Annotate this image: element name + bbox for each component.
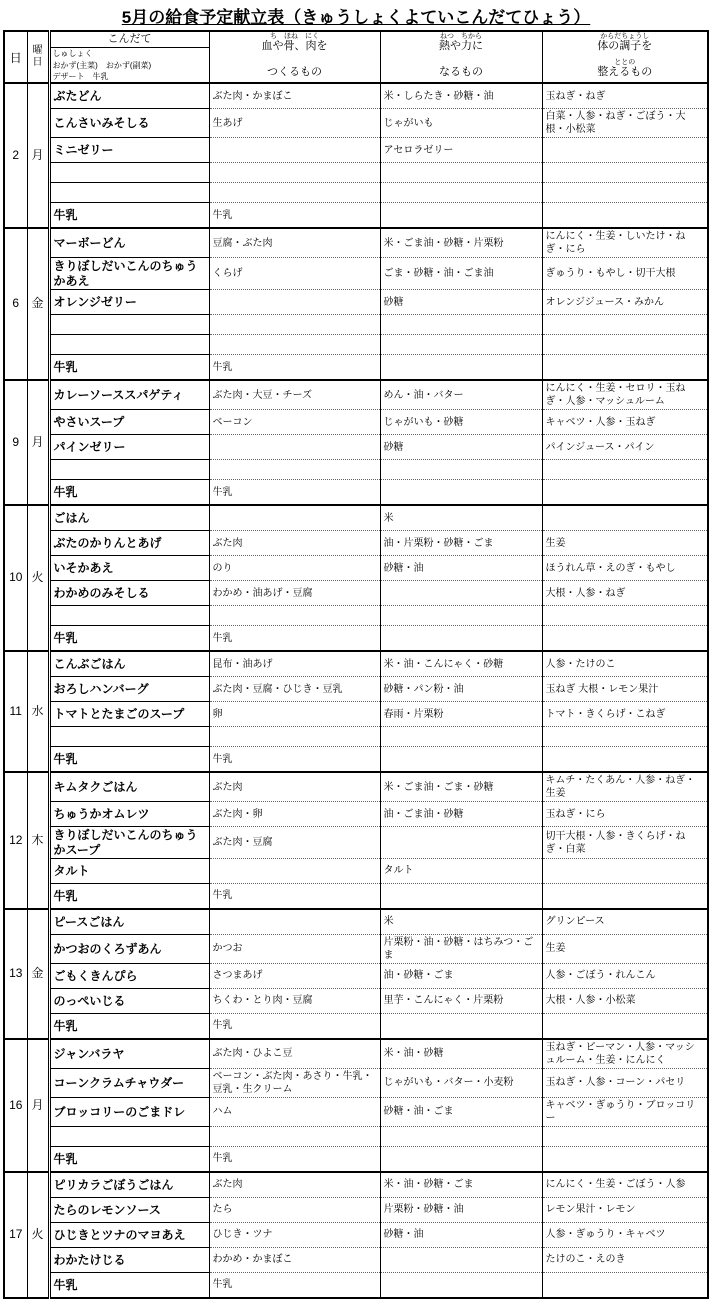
- protein-cell: たら: [209, 1197, 380, 1222]
- menu-table-body: 2月ぶたどんぶた肉・かまぼこ米・しらたき・砂糖・油玉ねぎ・ねぎこんさいみそしる生…: [4, 83, 708, 1298]
- vegetable-cell: 大根・人参・小松菜: [542, 988, 708, 1013]
- menu-cell: [49, 460, 209, 480]
- energy-cell: [380, 606, 542, 626]
- protein-cell: [209, 909, 380, 935]
- menu-row: 10火ごはん米: [4, 505, 708, 531]
- protein-cell: のり: [209, 556, 380, 581]
- menu-row: かつおのくろずあんかつお片栗粉・油・砂糖・はちみつ・ごま生姜: [4, 934, 708, 963]
- energy-cell: 米・ごま油・ごま・砂糖: [380, 772, 542, 802]
- menu-row: 牛乳牛乳: [4, 203, 708, 229]
- energy-cell: 米・ごま油・砂糖・片栗粉: [380, 228, 542, 258]
- vegetable-cell: [542, 1272, 708, 1298]
- protein-cell: 牛乳: [209, 480, 380, 506]
- vegetable-cell: キャベツ・ぎゅうり・ブロッコリー: [542, 1097, 708, 1126]
- vegetable-cell: [542, 355, 708, 381]
- vegetable-cell: 人参・ごぼう・れんこん: [542, 963, 708, 988]
- vegetable-header-line2: 整えるもの: [543, 66, 708, 79]
- energy-cell: [380, 355, 542, 381]
- menu-cell: ごはん: [49, 505, 209, 531]
- energy-cell: 米: [380, 505, 542, 531]
- energy-cell: [380, 335, 542, 355]
- protein-cell: [209, 606, 380, 626]
- menu-cell: 牛乳: [49, 747, 209, 773]
- vegetable-cell: [542, 315, 708, 335]
- energy-cell: 米・油・砂糖・ごま: [380, 1172, 542, 1198]
- header-row: 日 曜 日 こんだて しゅしょく おかず(主菜) おかず(副菜) デザート 牛乳…: [4, 31, 708, 83]
- weekday-cell: 金: [27, 909, 49, 1039]
- energy-cell: 砂糖: [380, 435, 542, 460]
- menu-cell: たらのレモンソース: [49, 1197, 209, 1222]
- menu-row: トマトとたまごのスープ卵春雨・片栗粉トマト・きくらげ・こねぎ: [4, 702, 708, 727]
- menu-row: わかめのみそしるわかめ・油あげ・豆腐大根・人参・ねぎ: [4, 581, 708, 606]
- vegetable-cell: 玉ねぎ・にら: [542, 802, 708, 827]
- menu-row: たらのレモンソースたら片栗粉・砂糖・油レモン果汁・レモン: [4, 1197, 708, 1222]
- vegetable-cell: キムチ・たくあん・人参・ねぎ・生姜: [542, 772, 708, 802]
- nutrition-header-vegetable: からだちょうし 体の調子を ととの 整えるもの: [542, 31, 708, 83]
- energy-cell: タルト: [380, 858, 542, 883]
- menu-row: 牛乳牛乳: [4, 355, 708, 381]
- energy-cell: [380, 883, 542, 909]
- protein-cell: [209, 290, 380, 315]
- date-cell: 2: [4, 83, 27, 228]
- protein-cell: わかめ・かまぼこ: [209, 1247, 380, 1272]
- vegetable-cell: [542, 606, 708, 626]
- protein-cell: ちくわ・とり肉・豆腐: [209, 988, 380, 1013]
- protein-cell: 牛乳: [209, 747, 380, 773]
- protein-cell: ぶた肉・卵: [209, 802, 380, 827]
- protein-cell: ぶた肉・大豆・チーズ: [209, 380, 380, 410]
- vegetable-cell: 大根・人参・ねぎ: [542, 581, 708, 606]
- energy-cell: じゃがいも・砂糖: [380, 410, 542, 435]
- energy-cell: じゃがいも・バター・小麦粉: [380, 1068, 542, 1097]
- weekday-cell: 水: [27, 651, 49, 772]
- menu-cell: [49, 1126, 209, 1146]
- energy-cell: 砂糖・油: [380, 556, 542, 581]
- menu-row: おろしハンバーグぶた肉・豆腐・ひじき・豆乳砂糖・パン粉・油玉ねぎ 大根・レモン果…: [4, 677, 708, 702]
- menu-cell: おろしハンバーグ: [49, 677, 209, 702]
- menu-row: やさいスープベーコンじゃがいも・砂糖キャベツ・人参・玉ねぎ: [4, 410, 708, 435]
- protein-cell: 昆布・油あげ: [209, 651, 380, 677]
- lunch-menu-document: 5月の給食予定献立表（きゅうしょくよていこんだてひょう） 日 曜 日 こんだて …: [0, 0, 712, 1299]
- protein-cell: 生あげ: [209, 109, 380, 138]
- spacer-row: [4, 727, 708, 747]
- menu-row: 6金マーボーどん豆腐・ぶた肉米・ごま油・砂糖・片栗粉にんにく・生姜・しいたけ・ね…: [4, 228, 708, 258]
- protein-cell: [209, 460, 380, 480]
- energy-cell: [380, 1126, 542, 1146]
- vegetable-cell: [542, 1146, 708, 1172]
- weekday-header-char-top: 曜: [28, 45, 48, 58]
- energy-cell: [380, 1272, 542, 1298]
- protein-cell: [209, 858, 380, 883]
- menu-row: 12木キムタクごはんぶた肉米・ごま油・ごま・砂糖キムチ・たくあん・人参・ねぎ・生…: [4, 772, 708, 802]
- date-cell: 9: [4, 380, 27, 505]
- menu-cell: 牛乳: [49, 1272, 209, 1298]
- energy-cell: 片栗粉・砂糖・油: [380, 1197, 542, 1222]
- energy-cell: 米・油・砂糖: [380, 1039, 542, 1069]
- menu-cell: [49, 727, 209, 747]
- vegetable-cell: [542, 138, 708, 163]
- spacer-row: [4, 315, 708, 335]
- menu-cell: マーボーどん: [49, 228, 209, 258]
- menu-header-label: こんだて: [51, 32, 209, 48]
- menu-cell: やさいスープ: [49, 410, 209, 435]
- energy-cell: 米・しらたき・砂糖・油: [380, 83, 542, 109]
- menu-row: コーンクラムチャウダーベーコン・ぶた肉・あさり・牛乳・豆乳・生クリームじゃがいも…: [4, 1068, 708, 1097]
- protein-cell: 牛乳: [209, 1146, 380, 1172]
- menu-row: ブロッコリーのごまドレハム砂糖・油・ごまキャベツ・ぎゅうり・ブロッコリー: [4, 1097, 708, 1126]
- energy-cell: [380, 827, 542, 859]
- menu-cell: いそかあえ: [49, 556, 209, 581]
- protein-cell: ベーコン: [209, 410, 380, 435]
- menu-cell: ごもくきんぴら: [49, 963, 209, 988]
- vegetable-cell: オレンジジュース・みかん: [542, 290, 708, 315]
- vegetable-cell: [542, 203, 708, 229]
- date-cell: 11: [4, 651, 27, 772]
- protein-cell: 牛乳: [209, 203, 380, 229]
- menu-row: ごもくきんぴらさつまあげ油・砂糖・ごま人参・ごぼう・れんこん: [4, 963, 708, 988]
- protein-cell: ぶた肉・豆腐: [209, 827, 380, 859]
- spacer-row: [4, 335, 708, 355]
- menu-cell: 牛乳: [49, 480, 209, 506]
- menu-cell: トマトとたまごのスープ: [49, 702, 209, 727]
- menu-cell: こんさいみそしる: [49, 109, 209, 138]
- protein-cell: 牛乳: [209, 883, 380, 909]
- menu-cell: パインゼリー: [49, 435, 209, 460]
- menu-row: いそかあえのり砂糖・油ほうれん草・えのぎ・もやし: [4, 556, 708, 581]
- vegetable-cell: にんにく・生姜・しいたけ・ねぎ・にら: [542, 228, 708, 258]
- menu-header-subline-staple: しゅしょく: [51, 48, 209, 59]
- date-cell: 16: [4, 1039, 27, 1172]
- protein-cell: ベーコン・ぶた肉・あさり・牛乳・豆乳・生クリーム: [209, 1068, 380, 1097]
- menu-row: 16月ジャンバラヤぶた肉・ひよこ豆米・油・砂糖玉ねぎ・ピーマン・人参・マッシュル…: [4, 1039, 708, 1069]
- spacer-row: [4, 163, 708, 183]
- menu-cell: ひじきとツナのマヨあえ: [49, 1222, 209, 1247]
- menu-cell: 牛乳: [49, 883, 209, 909]
- vegetable-cell: にんにく・生姜・ごぼう・人参: [542, 1172, 708, 1198]
- vegetable-cell: 玉ねぎ・ピーマン・人参・マッシュルーム・生姜・にんにく: [542, 1039, 708, 1069]
- vegetable-cell: レモン果汁・レモン: [542, 1197, 708, 1222]
- vegetable-cell: 生姜: [542, 934, 708, 963]
- vegetable-cell: [542, 1126, 708, 1146]
- vegetable-cell: 玉ねぎ 大根・レモン果汁: [542, 677, 708, 702]
- menu-cell: ジャンバラヤ: [49, 1039, 209, 1069]
- vegetable-cell: [542, 480, 708, 506]
- energy-cell: 米・油・こんにゃく・砂糖: [380, 651, 542, 677]
- vegetable-cell: 玉ねぎ・ねぎ: [542, 83, 708, 109]
- menu-cell: 牛乳: [49, 1013, 209, 1039]
- menu-row: 牛乳牛乳: [4, 626, 708, 652]
- energy-cell: アセロラゼリー: [380, 138, 542, 163]
- menu-cell: コーンクラムチャウダー: [49, 1068, 209, 1097]
- menu-cell: かつおのくろずあん: [49, 934, 209, 963]
- menu-cell: タルト: [49, 858, 209, 883]
- date-cell: 6: [4, 228, 27, 380]
- energy-cell: めん・油・バター: [380, 380, 542, 410]
- protein-cell: わかめ・油あげ・豆腐: [209, 581, 380, 606]
- menu-row: 牛乳牛乳: [4, 883, 708, 909]
- protein-cell: [209, 315, 380, 335]
- vegetable-header-line1: 体の調子を: [543, 40, 708, 53]
- vegetable-cell: ほうれん草・えのぎ・もやし: [542, 556, 708, 581]
- protein-header-line1: 血や骨、肉を: [210, 40, 380, 53]
- weekday-cell: 木: [27, 772, 49, 909]
- energy-cell: [380, 480, 542, 506]
- vegetable-cell: グリンピース: [542, 909, 708, 935]
- weekday-cell: 金: [27, 228, 49, 380]
- menu-row: 牛乳牛乳: [4, 1146, 708, 1172]
- menu-row: ちゅうかオムレツぶた肉・卵油・ごま油・砂糖玉ねぎ・にら: [4, 802, 708, 827]
- menu-row: 17火ピリカラごぼうごはんぶた肉米・油・砂糖・ごまにんにく・生姜・ごぼう・人参: [4, 1172, 708, 1198]
- menu-cell: カレーソーススパゲティ: [49, 380, 209, 410]
- menu-cell: ブロッコリーのごまドレ: [49, 1097, 209, 1126]
- menu-row: ぶたのかりんとあげぶた肉油・片栗粉・砂糖・ごま生姜: [4, 531, 708, 556]
- energy-cell: 米: [380, 909, 542, 935]
- protein-cell: ぶた肉・ひよこ豆: [209, 1039, 380, 1069]
- vegetable-cell: [542, 747, 708, 773]
- protein-cell: ひじき・ツナ: [209, 1222, 380, 1247]
- protein-cell: さつまあげ: [209, 963, 380, 988]
- protein-cell: ぶた肉: [209, 772, 380, 802]
- energy-cell: [380, 460, 542, 480]
- weekday-header-char-bottom: 日: [28, 57, 48, 70]
- menu-row: 牛乳牛乳: [4, 1272, 708, 1298]
- vegetable-cell: キャベツ・人参・玉ねぎ: [542, 410, 708, 435]
- menu-cell: わかたけじる: [49, 1247, 209, 1272]
- energy-cell: じゃがいも: [380, 109, 542, 138]
- energy-cell: 砂糖・パン粉・油: [380, 677, 542, 702]
- protein-cell: かつお: [209, 934, 380, 963]
- protein-cell: 豆腐・ぶた肉: [209, 228, 380, 258]
- menu-cell: 牛乳: [49, 626, 209, 652]
- page-title: 5月の給食予定献立表（きゅうしょくよていこんだてひょう）: [0, 0, 712, 30]
- protein-cell: [209, 505, 380, 531]
- menu-cell: わかめのみそしる: [49, 581, 209, 606]
- vegetable-cell: [542, 883, 708, 909]
- vegetable-cell: にんにく・生姜・セロリ・玉ねぎ・人参・マッシュルーム: [542, 380, 708, 410]
- energy-cell: 片栗粉・油・砂糖・はちみつ・ごま: [380, 934, 542, 963]
- protein-cell: ぶた肉: [209, 531, 380, 556]
- energy-cell: 砂糖・油: [380, 1222, 542, 1247]
- menu-cell: [49, 335, 209, 355]
- menu-row: のっぺいじるちくわ・とり肉・豆腐里芋・こんにゃく・片栗粉大根・人参・小松菜: [4, 988, 708, 1013]
- menu-row: タルトタルト: [4, 858, 708, 883]
- energy-cell: [380, 203, 542, 229]
- spacer-row: [4, 606, 708, 626]
- vegetable-cell: [542, 183, 708, 203]
- energy-cell: 油・砂糖・ごま: [380, 963, 542, 988]
- weekday-cell: 月: [27, 380, 49, 505]
- vegetable-cell: 生姜: [542, 531, 708, 556]
- vegetable-cell: [542, 460, 708, 480]
- menu-row: 牛乳牛乳: [4, 480, 708, 506]
- vegetable-cell: 切干大根・人参・きくらげ・ねぎ・白菜: [542, 827, 708, 859]
- energy-cell: [380, 626, 542, 652]
- energy-cell: ごま・砂糖・油・ごま油: [380, 258, 542, 290]
- vegetable-cell: パインジュース・パイン: [542, 435, 708, 460]
- protein-cell: 卵: [209, 702, 380, 727]
- menu-row: 9月カレーソーススパゲティぶた肉・大豆・チーズめん・油・バターにんにく・生姜・セ…: [4, 380, 708, 410]
- menu-cell: こんぶごはん: [49, 651, 209, 677]
- protein-cell: [209, 163, 380, 183]
- protein-cell: [209, 183, 380, 203]
- menu-cell: ぶたのかりんとあげ: [49, 531, 209, 556]
- menu-cell: [49, 163, 209, 183]
- energy-cell: [380, 183, 542, 203]
- menu-cell: キムタクごはん: [49, 772, 209, 802]
- spacer-row: [4, 460, 708, 480]
- menu-table: 日 曜 日 こんだて しゅしょく おかず(主菜) おかず(副菜) デザート 牛乳…: [3, 30, 709, 1299]
- energy-cell: 春雨・片栗粉: [380, 702, 542, 727]
- protein-cell: 牛乳: [209, 355, 380, 381]
- day-column-header: 日: [4, 31, 27, 83]
- vegetable-cell: 玉ねぎ・人参・コーン・パセリ: [542, 1068, 708, 1097]
- protein-cell: [209, 1126, 380, 1146]
- menu-row: オレンジゼリー砂糖オレンジジュース・みかん: [4, 290, 708, 315]
- spacer-row: [4, 183, 708, 203]
- protein-header-line2: つくるもの: [210, 66, 380, 79]
- protein-cell: [209, 335, 380, 355]
- weekday-cell: 火: [27, 1172, 49, 1298]
- date-cell: 13: [4, 909, 27, 1039]
- spacer-row: [4, 1126, 708, 1146]
- menu-cell: きりぼしだいこんのちゅうかスープ: [49, 827, 209, 859]
- menu-cell: ちゅうかオムレツ: [49, 802, 209, 827]
- menu-cell: 牛乳: [49, 203, 209, 229]
- protein-cell: [209, 138, 380, 163]
- date-cell: 10: [4, 505, 27, 651]
- menu-cell: ピリカラごぼうごはん: [49, 1172, 209, 1198]
- menu-cell: [49, 183, 209, 203]
- menu-row: 11水こんぶごはん昆布・油あげ米・油・こんにゃく・砂糖人参・たけのこ: [4, 651, 708, 677]
- vegetable-cell: ぎゅうり・もやし・切干大根: [542, 258, 708, 290]
- vegetable-cell: [542, 858, 708, 883]
- energy-cell: 油・片栗粉・砂糖・ごま: [380, 531, 542, 556]
- nutrition-header-energy: ねつ ちから 熱や力に なるもの: [380, 31, 542, 83]
- protein-cell: くらげ: [209, 258, 380, 290]
- menu-row: ミニゼリーアセロラゼリー: [4, 138, 708, 163]
- energy-cell: [380, 163, 542, 183]
- energy-cell: [380, 1146, 542, 1172]
- protein-cell: 牛乳: [209, 1013, 380, 1039]
- energy-cell: [380, 581, 542, 606]
- energy-cell: 油・ごま油・砂糖: [380, 802, 542, 827]
- date-cell: 12: [4, 772, 27, 909]
- date-cell: 17: [4, 1172, 27, 1298]
- energy-cell: 里芋・こんにゃく・片栗粉: [380, 988, 542, 1013]
- protein-cell: 牛乳: [209, 1272, 380, 1298]
- menu-header-subline-dessert: デザート 牛乳: [51, 71, 209, 82]
- menu-header-subline-dishes: おかず(主菜) おかず(副菜): [51, 60, 209, 71]
- energy-cell: 砂糖・油・ごま: [380, 1097, 542, 1126]
- protein-cell: ぶた肉・かまぼこ: [209, 83, 380, 109]
- table-header: 日 曜 日 こんだて しゅしょく おかず(主菜) おかず(副菜) デザート 牛乳…: [4, 31, 708, 83]
- vegetable-cell: 人参・ぎゅうり・キャベツ: [542, 1222, 708, 1247]
- menu-row: 牛乳牛乳: [4, 747, 708, 773]
- vegetable-cell: [542, 727, 708, 747]
- menu-cell: ぶたどん: [49, 83, 209, 109]
- menu-row: パインゼリー砂糖パインジュース・パイン: [4, 435, 708, 460]
- protein-cell: ハム: [209, 1097, 380, 1126]
- weekday-cell: 火: [27, 505, 49, 651]
- protein-cell: ぶた肉・豆腐・ひじき・豆乳: [209, 677, 380, 702]
- menu-cell: [49, 315, 209, 335]
- menu-cell: きりぼしだいこんのちゅうかあえ: [49, 258, 209, 290]
- nutrition-header-protein: ち ほね にく 血や骨、肉を つくるもの: [209, 31, 380, 83]
- vegetable-cell: [542, 505, 708, 531]
- menu-cell: のっぺいじる: [49, 988, 209, 1013]
- energy-cell: 砂糖: [380, 290, 542, 315]
- weekday-column-header: 曜 日: [27, 31, 49, 83]
- menu-cell: [49, 606, 209, 626]
- menu-row: 13金ピースごはん米グリンピース: [4, 909, 708, 935]
- menu-cell: 牛乳: [49, 1146, 209, 1172]
- menu-cell: ピースごはん: [49, 909, 209, 935]
- menu-cell: オレンジゼリー: [49, 290, 209, 315]
- vegetable-cell: 白菜・人参・ねぎ・ごぼう・大根・小松菜: [542, 109, 708, 138]
- menu-row: 牛乳牛乳: [4, 1013, 708, 1039]
- menu-cell: ミニゼリー: [49, 138, 209, 163]
- menu-row: ひじきとツナのマヨあえひじき・ツナ砂糖・油人参・ぎゅうり・キャベツ: [4, 1222, 708, 1247]
- menu-row: きりぼしだいこんのちゅうかあえくらげごま・砂糖・油・ごま油ぎゅうり・もやし・切干…: [4, 258, 708, 290]
- vegetable-cell: [542, 163, 708, 183]
- menu-row: 2月ぶたどんぶた肉・かまぼこ米・しらたき・砂糖・油玉ねぎ・ねぎ: [4, 83, 708, 109]
- energy-cell: [380, 747, 542, 773]
- energy-header-line1: 熱や力に: [381, 40, 542, 53]
- menu-cell: 牛乳: [49, 355, 209, 381]
- weekday-cell: 月: [27, 1039, 49, 1172]
- energy-cell: [380, 1247, 542, 1272]
- vegetable-cell: たけのこ・えのき: [542, 1247, 708, 1272]
- vegetable-cell: 人参・たけのこ: [542, 651, 708, 677]
- protein-cell: 牛乳: [209, 626, 380, 652]
- menu-row: きりぼしだいこんのちゅうかスープぶた肉・豆腐切干大根・人参・きくらげ・ねぎ・白菜: [4, 827, 708, 859]
- energy-cell: [380, 315, 542, 335]
- vegetable-cell: [542, 1013, 708, 1039]
- menu-row: わかたけじるわかめ・かまぼこたけのこ・えのき: [4, 1247, 708, 1272]
- energy-cell: [380, 727, 542, 747]
- energy-header-line2: なるもの: [381, 66, 542, 79]
- protein-cell: [209, 727, 380, 747]
- protein-cell: [209, 435, 380, 460]
- menu-row: こんさいみそしる生あげじゃがいも白菜・人参・ねぎ・ごぼう・大根・小松菜: [4, 109, 708, 138]
- vegetable-cell: トマト・きくらげ・こねぎ: [542, 702, 708, 727]
- protein-cell: ぶた肉: [209, 1172, 380, 1198]
- vegetable-cell: [542, 626, 708, 652]
- vegetable-cell: [542, 335, 708, 355]
- menu-column-header: こんだて しゅしょく おかず(主菜) おかず(副菜) デザート 牛乳: [49, 31, 209, 83]
- energy-cell: [380, 1013, 542, 1039]
- weekday-cell: 月: [27, 83, 49, 228]
